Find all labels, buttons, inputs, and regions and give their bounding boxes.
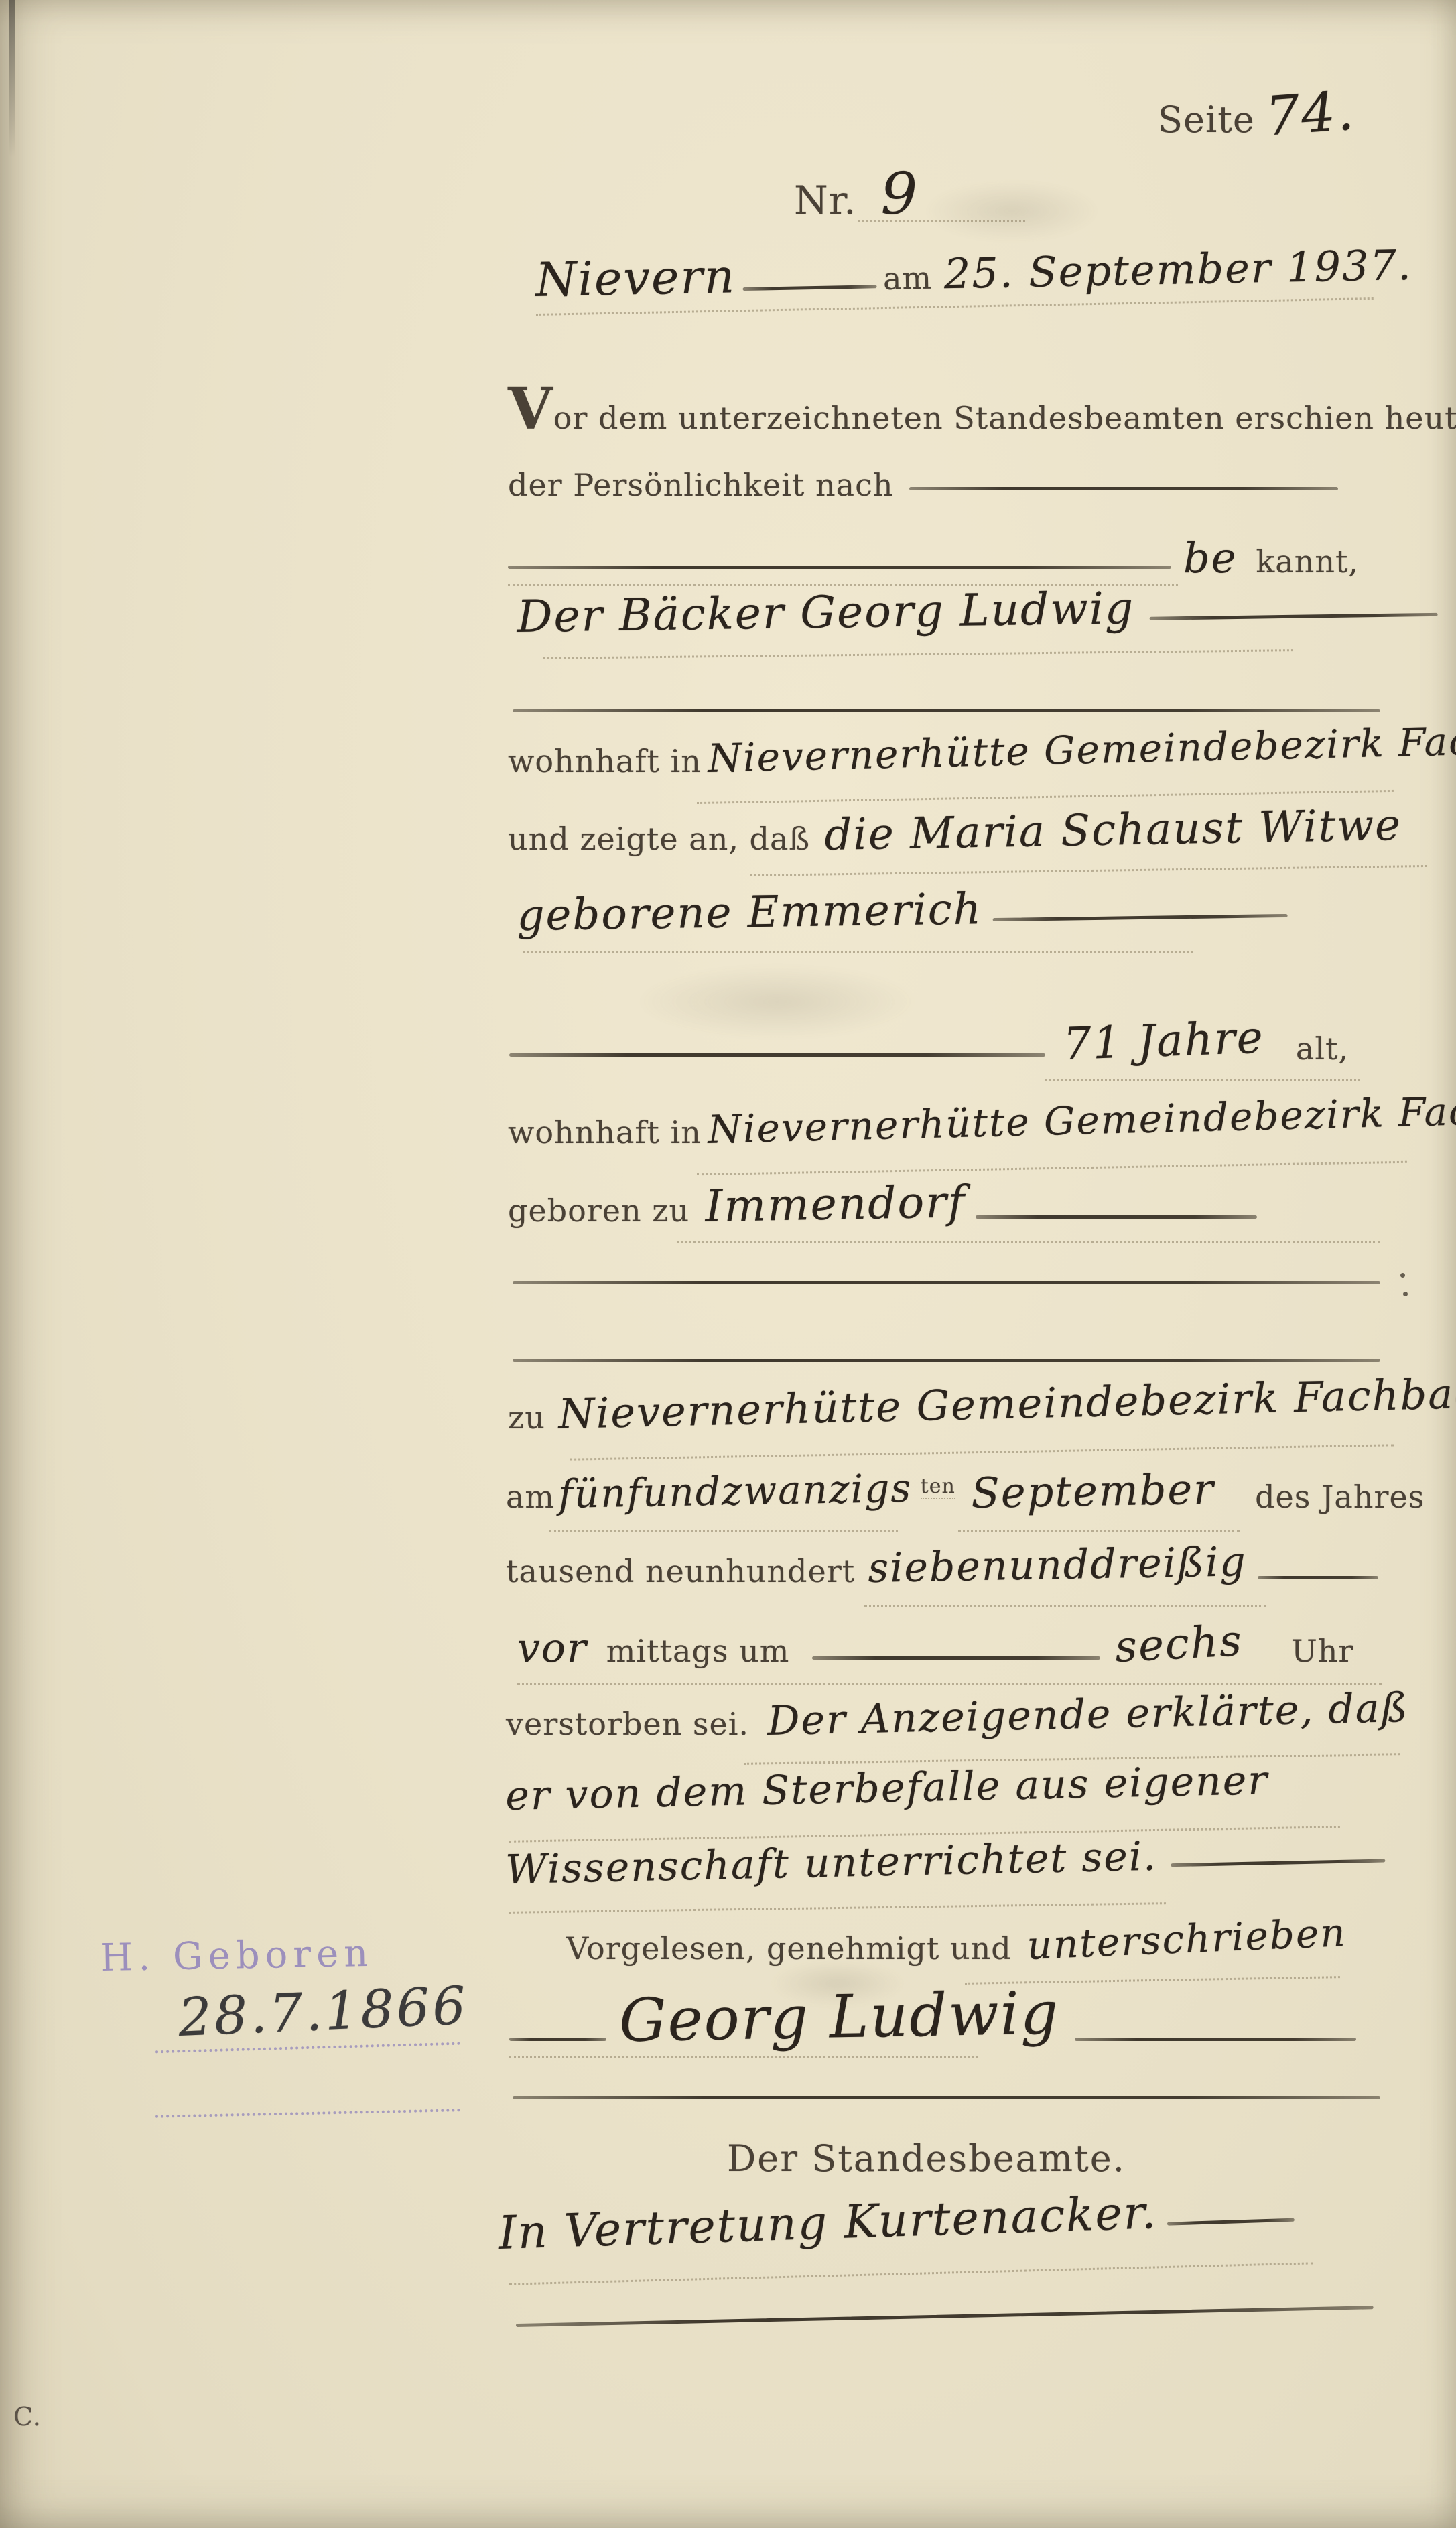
vorgelesen-row: Vorgelesen, genehmigt und unterschrieben — [566, 1926, 1347, 1967]
birthplace-entry: Immendorf — [705, 1179, 966, 1229]
margin-stamp-row: H. Geboren — [100, 1934, 374, 1979]
unterschrieben-entry: unterschrieben — [1026, 1912, 1347, 1967]
pen-line — [812, 1656, 1100, 1660]
geboren-stamp: H. Geboren — [100, 1934, 374, 1979]
kannt-label: kannt, — [1256, 545, 1359, 578]
dotted-guide — [517, 1683, 1382, 1685]
death-date-row: am fünfundzwanzigs ten September des Jah… — [506, 1471, 1425, 1515]
identity-row: der Persönlichkeit nach — [508, 469, 1338, 501]
be-entry: be — [1183, 536, 1237, 580]
dotted-guide — [549, 1530, 898, 1532]
ink-smudge — [925, 181, 1099, 241]
dotted-guide — [509, 2056, 978, 2058]
intro-text: Vor dem unterzeichneten Standesbeamten e… — [508, 379, 1456, 440]
dotted-guide — [677, 1241, 1380, 1243]
declarant-entry: Der Bäcker Georg Ludwig — [517, 585, 1135, 640]
declarant-row: Der Bäcker Georg Ludwig — [517, 581, 1437, 640]
pen-line — [909, 487, 1338, 490]
death-year-row: tausend neunhundert siebenunddreißig — [506, 1548, 1378, 1590]
declarant-signature: Georg Ludwig — [618, 1983, 1059, 2052]
pen-line — [742, 285, 876, 291]
wohnhaft-label: wohnhaft in — [508, 745, 702, 777]
dotted-guide — [958, 1530, 1240, 1532]
declaration2-row: er von dem Sterbefalle aus eigener — [505, 1759, 1269, 1818]
deputy-signature: In Vertretung Kurtenacker. — [498, 2189, 1158, 2257]
dotted-guide — [1045, 1079, 1360, 1081]
dotted-guide — [509, 1902, 1166, 1914]
zu-label: zu — [508, 1402, 545, 1434]
residence1-row: wohnhaft in Nievernerhütte Gemeindebezir… — [508, 738, 1456, 779]
pen-line — [1258, 1576, 1378, 1579]
declaration2-entry: er von dem Sterbefalle aus eigener — [505, 1759, 1269, 1818]
death-place-entry: Nievernerhütte Gemeindebezirk Fachbach — [557, 1371, 1456, 1436]
verstorben-label: verstorben sei. — [506, 1708, 749, 1740]
zeigte-an-label: und zeigte an, daß — [508, 823, 810, 855]
des-jahres-label: des Jahres — [1255, 1481, 1425, 1513]
dotted-guide — [570, 1444, 1394, 1460]
struck-blank-line — [513, 1359, 1380, 1362]
dotted-guide — [697, 1161, 1407, 1175]
residence2-row: wohnhaft in Nievernerhütte Gemeindebezir… — [508, 1110, 1456, 1150]
geboren-zu-label: geboren zu — [508, 1195, 689, 1227]
struck-blank-line — [513, 1281, 1380, 1284]
pen-line — [508, 566, 1171, 569]
am-label: am — [882, 262, 932, 295]
record-number: 9 — [881, 164, 919, 224]
death-day-entry: fünfundzwanzigs — [558, 1468, 913, 1515]
corner-mark: C. — [13, 2404, 42, 2431]
dotted-guide — [523, 951, 1193, 953]
pen-line — [976, 1215, 1257, 1219]
registrar-title: Der Standesbeamte. — [727, 2140, 1126, 2178]
tausend-label: tausend neunhundert — [506, 1555, 855, 1587]
record-number-row: Nr. 9 — [794, 164, 919, 224]
pen-line — [509, 2038, 606, 2041]
am2-label: am — [506, 1481, 555, 1513]
registrar-title-row: Der Standesbeamte. — [727, 2140, 1126, 2178]
scanned-death-record-page: Seite 74. Nr. 9 Nievern am 25. September… — [0, 0, 1456, 2528]
residence2-entry: Nievernerhütte Gemeindebezirk Fachbach — [707, 1088, 1456, 1150]
struck-blank-line — [513, 709, 1380, 712]
dotted-guide — [543, 649, 1293, 659]
vor-entry: vor — [517, 1627, 588, 1670]
page-edge-shadow — [9, 0, 15, 157]
maiden-name-entry: geborene Emmerich — [517, 887, 982, 939]
death-year-entry: siebenunddreißig — [868, 1541, 1247, 1590]
declaration3-entry: Wissenschaft unterrichtet sei. — [505, 1836, 1158, 1891]
seite-label: Seite — [1158, 101, 1255, 139]
declarant-signature-row: Georg Ludwig — [509, 1990, 1356, 2052]
pen-line — [1171, 1859, 1385, 1867]
birth-date-entry: 28.7.1866 — [178, 1979, 470, 2046]
death-hour-row: vor mittags um sechs Uhr — [517, 1625, 1353, 1670]
dotted-guide — [750, 865, 1427, 876]
date-entry: 25. September 1937. — [943, 243, 1412, 295]
declaration1-entry: Der Anzeigende erklärte, daß — [767, 1687, 1410, 1743]
margin-birthdate-row: 28.7.1866 — [178, 1979, 470, 2046]
mittags-label: mittags um — [606, 1635, 790, 1667]
stamp-dotted-line — [155, 2109, 460, 2118]
maiden-name-row: geborene Emmerich — [517, 883, 1288, 939]
stray-ink-dot — [1403, 1292, 1408, 1296]
residence1-entry: Nievernerhütte Gemeindebezirk Fachbach — [707, 718, 1456, 779]
struck-blank-line — [513, 2096, 1380, 2099]
vorgelesen-label: Vorgelesen, genehmigt und — [566, 1932, 1012, 1965]
place-date-row: Nievern am 25. September 1937. — [535, 239, 1413, 306]
corner-mark-row: C. — [13, 2404, 42, 2431]
death-month-entry: September — [971, 1467, 1215, 1515]
pen-line — [509, 1053, 1045, 1057]
pen-line — [1149, 613, 1437, 620]
wohnhaft2-label: wohnhaft in — [508, 1116, 702, 1148]
deputy-signature-row: In Vertretung Kurtenacker. — [498, 2185, 1295, 2258]
page-number: 74. — [1264, 82, 1357, 145]
uhr-label: Uhr — [1291, 1635, 1353, 1667]
ten-suffix-label: ten — [921, 1476, 955, 1499]
death-hour-entry: sechs — [1114, 1619, 1244, 1670]
bekannt-row: be kannt, — [508, 536, 1359, 580]
dotted-guide — [858, 220, 1025, 222]
age-row: 71 Jahre alt, — [509, 1021, 1349, 1067]
pen-line — [993, 914, 1288, 921]
alt-label: alt, — [1296, 1033, 1349, 1065]
declaration1-row: verstorben sei. Der Anzeigende erklärte,… — [506, 1701, 1409, 1743]
age-entry: 71 Jahre — [1063, 1014, 1265, 1068]
pen-line — [1075, 2038, 1356, 2041]
dotted-guide — [864, 1605, 1266, 1607]
stray-ink-dot — [1400, 1273, 1405, 1278]
deceased-row: und zeigte an, daß die Maria Schaust Wit… — [508, 813, 1402, 858]
pen-line — [1167, 2218, 1295, 2226]
place-entry: Nievern — [535, 252, 736, 305]
deceased-entry: die Maria Schaust Witwe — [824, 803, 1402, 858]
nr-label: Nr. — [794, 180, 857, 221]
identity-label: der Persönlichkeit nach — [508, 469, 893, 501]
death-place-row: zu Nievernerhütte Gemeindebezirk Fachbac… — [508, 1392, 1456, 1436]
struck-blank-line — [516, 2306, 1374, 2327]
dotted-guide — [509, 2262, 1313, 2285]
intro-row: Vor dem unterzeichneten Standesbeamten e… — [508, 379, 1456, 440]
birthplace-row: geboren zu Immendorf — [508, 1183, 1257, 1229]
page-number-row: Seite 74. — [1158, 86, 1355, 142]
